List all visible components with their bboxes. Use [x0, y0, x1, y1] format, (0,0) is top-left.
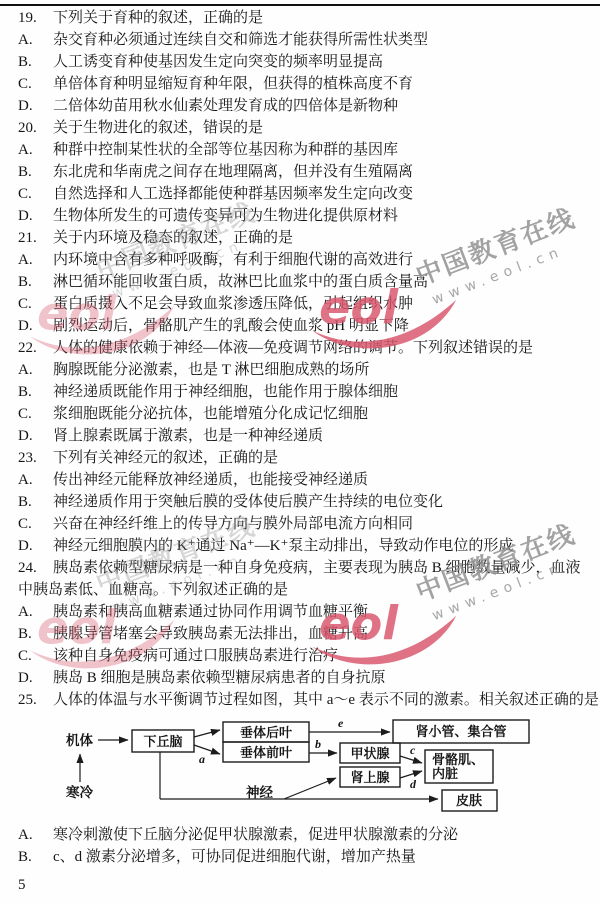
stem-text: 下列有关神经元的叙述，正确的是: [53, 450, 278, 466]
option-text: 种群中控制某性状的全部等位基因称为种群的基因库: [53, 142, 398, 158]
question-19-option-a: A.杂交育种必须通过连续自交和筛选才能获得所需性状类型: [18, 29, 582, 51]
option-text: 该种自身免疫病可通过口服胰岛素进行治疗: [53, 648, 338, 664]
arrow-to-posterior-pituitary: [194, 730, 220, 737]
option-text: 人工诱变育种使基因发生定向突变的频率明显提高: [53, 54, 383, 70]
question-23-option-c: C.兴奋在神经纤维上的传导方向与膜外局部电流方向相同: [18, 513, 582, 535]
option-text: 浆细胞既能分泌抗体，也能增殖分化成记忆细胞: [53, 406, 368, 422]
option-label: A.: [18, 249, 53, 271]
page-number: 5: [18, 874, 582, 896]
question-23-option-a: A.传出神经元能释放神经递质，也能接受神经递质: [18, 469, 582, 491]
question-number: 19.: [18, 7, 53, 29]
question-20-option-b: B.东北虎和华南虎之间存在地理隔离，但并没有生殖隔离: [18, 161, 582, 183]
question-24-option-c: C.该种自身免疫病可通过口服胰岛素进行治疗: [18, 645, 582, 667]
option-text: c、d 激素分泌增多，可协同促进细胞代谢，增加产热量: [53, 849, 416, 865]
question-22-stem: 22.人体的健康依赖于神经—体液—免疫调节网络的调节。下列叙述错误的是: [18, 337, 582, 359]
option-text: 剧烈运动后，骨骼肌产生的乳酸会使血浆 pH 明显下降: [53, 318, 409, 334]
question-number: 23.: [18, 447, 53, 469]
question-24-stem: 24.胰岛素依赖型糖尿病是一种自身免疫病，主要表现为胰岛 B 细胞数量减少，血液…: [18, 557, 582, 601]
question-19-option-b: B.人工诱变育种使基因发生定向突变的频率明显提高: [18, 51, 582, 73]
flow-node-renal-tubule: 肾小管、集合管: [415, 724, 506, 739]
question-23-option-d: D.神经元细胞膜内的 K⁺通过 Na⁺—K⁺泵主动排出，导致动作电位的形成: [18, 535, 582, 557]
question-20-option-a: A.种群中控制某性状的全部等位基因称为种群的基因库: [18, 139, 582, 161]
option-text: 胰腺导管堵塞会导致胰岛素无法排出，血糖升高: [53, 626, 368, 642]
option-label: B.: [18, 161, 53, 183]
flow-node-hypothalamus: 下丘脑: [143, 734, 182, 749]
option-label: C.: [18, 513, 53, 535]
question-22-option-b: B.神经递质既能作用于神经细胞，也能作用于腺体细胞: [18, 381, 582, 403]
stem-text: 胰岛素依赖型糖尿病是一种自身免疫病，主要表现为胰岛 B 细胞数量减少，血液中胰岛…: [18, 560, 581, 598]
option-label: D.: [18, 95, 53, 117]
option-text: 胰岛素和胰高血糖素通过协同作用调节血糖平衡: [53, 604, 368, 620]
flow-label-nerve: 神经: [246, 784, 273, 800]
stem-text: 关于生物进化的叙述，错误的是: [53, 120, 263, 136]
option-text: 兴奋在神经纤维上的传导方向与膜外局部电流方向相同: [53, 516, 413, 532]
option-text: 自然选择和人工选择都能使种群基因频率发生定向改变: [53, 186, 413, 202]
hormone-label-c: c: [410, 743, 416, 757]
question-21-option-b: B.淋巴循环能回收蛋白质，故淋巴比血浆中的蛋白质含量高: [18, 271, 582, 293]
option-label: B.: [18, 381, 53, 403]
option-label: A.: [18, 29, 53, 51]
hormone-label-d: d: [410, 777, 417, 791]
option-label: A.: [18, 824, 53, 846]
question-21-option-c: C.蛋白质摄入不足会导致血浆渗透压降低，引起组织水肿: [18, 293, 582, 315]
page-top-rule: [0, 4, 600, 6]
option-label: D.: [18, 425, 53, 447]
option-text: 神经递质既能作用于神经细胞，也能作用于腺体细胞: [53, 384, 398, 400]
question-number: 21.: [18, 227, 53, 249]
question-24-option-b: B.胰腺导管堵塞会导致胰岛素无法排出，血糖升高: [18, 623, 582, 645]
question-19-option-d: D.二倍体幼苗用秋水仙素处理发育成的四倍体是新物种: [18, 95, 582, 117]
arrow-to-anterior-pituitary: [194, 745, 220, 754]
question-20-stem: 20.关于生物进化的叙述，错误的是: [18, 117, 582, 139]
hormone-label-b: b: [315, 737, 321, 751]
option-text: 东北虎和华南虎之间存在地理隔离，但并没有生殖隔离: [53, 164, 413, 180]
question-number: 20.: [18, 117, 53, 139]
option-text: 二倍体幼苗用秋水仙素处理发育成的四倍体是新物种: [53, 98, 398, 114]
question-22-option-c: C.浆细胞既能分泌抗体，也能增殖分化成记忆细胞: [18, 403, 582, 425]
question-21-option-d: D.剧烈运动后，骨骼肌产生的乳酸会使血浆 pH 明显下降: [18, 315, 582, 337]
option-text: 蛋白质摄入不足会导致血浆渗透压降低，引起组织水肿: [53, 296, 413, 312]
option-label: D.: [18, 205, 53, 227]
question-number: 22.: [18, 337, 53, 359]
flow-node-muscle-line2: 内脏: [432, 766, 458, 781]
option-label: C.: [18, 645, 53, 667]
option-label: B.: [18, 271, 53, 293]
option-label: D.: [18, 667, 53, 689]
option-label: A.: [18, 601, 53, 623]
question-22-option-a: A.胸腺既能分泌激素，也是 T 淋巴细胞成熟的场所: [18, 359, 582, 381]
flow-node-anterior-pituitary: 垂体前叶: [240, 745, 293, 760]
question-number: 24.: [18, 557, 53, 579]
flow-node-thyroid: 甲状腺: [350, 746, 389, 761]
question-20-option-c: C.自然选择和人工选择都能使种群基因频率发生定向改变: [18, 183, 582, 205]
question-20-option-d: D.生物体所发生的可遗传变异可为生物进化提供原材料: [18, 205, 582, 227]
question-number: 25.: [18, 689, 53, 711]
arrow-c-to-muscle: [400, 756, 422, 763]
option-label: C.: [18, 293, 53, 315]
option-text: 寒冷刺激使下丘脑分泌促甲状腺激素，促进甲状腺激素的分泌: [53, 827, 458, 843]
flow-node-muscle-line1: 骨骼肌、: [432, 752, 484, 767]
option-text: 神经元细胞膜内的 K⁺通过 Na⁺—K⁺泵主动排出，导致动作电位的形成: [53, 538, 513, 554]
option-text: 生物体所发生的可遗传变异可为生物进化提供原材料: [53, 208, 398, 224]
option-label: A.: [18, 139, 53, 161]
question-19-stem: 19.下列关于育种的叙述，正确的是: [18, 7, 582, 29]
option-label: B.: [18, 846, 53, 868]
hormone-label-e: e: [338, 716, 344, 730]
nerve-line-to-adrenal: [284, 778, 336, 799]
question-23-stem: 23.下列有关神经元的叙述，正确的是: [18, 447, 582, 469]
option-label: B.: [18, 623, 53, 645]
flow-node-cold: 寒冷: [66, 784, 93, 800]
option-text: 内环境中含有多种呼吸酶，有利于细胞代谢的高效进行: [53, 252, 413, 268]
question-22-option-d: D.肾上腺素既属于激素，也是一种神经递质: [18, 425, 582, 447]
option-label: A.: [18, 469, 53, 491]
question-21-option-a: A.内环境中含有多种呼吸酶，有利于细胞代谢的高效进行: [18, 249, 582, 271]
question-23-option-b: B.神经递质作用于突触后膜的受体使后膜产生持续的电位变化: [18, 491, 582, 513]
option-label: D.: [18, 535, 53, 557]
question-19-option-c: C.单倍体育种明显缩短育种年限，但获得的植株高度不育: [18, 73, 582, 95]
option-label: C.: [18, 403, 53, 425]
stem-text: 人体的健康依赖于神经—体液—免疫调节网络的调节。下列叙述错误的是: [53, 340, 533, 356]
option-label: D.: [18, 315, 53, 337]
stem-text: 人体的体温与水平衡调节过程如图，其中 a～e 表示不同的激素。相关叙述正确的是: [53, 692, 599, 708]
question-21-stem: 21.关于内环境及稳态的叙述，正确的是: [18, 227, 582, 249]
option-text: 传出神经元能释放神经递质，也能接受神经递质: [53, 472, 368, 488]
option-text: 淋巴循环能回收蛋白质，故淋巴比血浆中的蛋白质含量高: [53, 274, 428, 290]
option-text: 神经递质作用于突触后膜的受体使后膜产生持续的电位变化: [53, 494, 443, 510]
option-label: B.: [18, 51, 53, 73]
exam-document-page: 19.下列关于育种的叙述，正确的是 A.杂交育种必须通过连续自交和筛选才能获得所…: [0, 0, 600, 903]
question-24-option-d: D.胰岛 B 细胞是胰岛素依赖型糖尿病患者的自身抗原: [18, 667, 582, 689]
stem-text: 关于内环境及稳态的叙述，正确的是: [53, 230, 293, 246]
option-label: C.: [18, 73, 53, 95]
option-text: 胸腺既能分泌激素，也是 T 淋巴细胞成熟的场所: [53, 362, 369, 378]
option-text: 胰岛 B 细胞是胰岛素依赖型糖尿病患者的自身抗原: [53, 670, 386, 686]
option-text: 肾上腺素既属于激素，也是一种神经递质: [53, 428, 323, 444]
question-25-option-b: B.c、d 激素分泌增多，可协同促进细胞代谢，增加产热量: [18, 846, 582, 868]
option-label: C.: [18, 183, 53, 205]
flow-node-skin: 皮肤: [456, 793, 482, 808]
hormone-label-a: a: [199, 752, 205, 766]
question-25-options: A.寒冷刺激使下丘脑分泌促甲状腺激素，促进甲状腺激素的分泌 B.c、d 激素分泌…: [18, 824, 582, 868]
flow-node-body: 机体: [66, 732, 93, 748]
exam-content: 19.下列关于育种的叙述，正确的是 A.杂交育种必须通过连续自交和筛选才能获得所…: [0, 7, 600, 896]
hormone-regulation-flow-diagram: 机体 寒冷 神经 下丘脑 a 垂体后叶 垂体前叶 e: [18, 714, 582, 818]
stem-text: 下列关于育种的叙述，正确的是: [53, 10, 263, 26]
question-25-stem: 25.人体的体温与水平衡调节过程如图，其中 a～e 表示不同的激素。相关叙述正确…: [18, 689, 582, 711]
flow-node-posterior-pituitary: 垂体后叶: [240, 725, 293, 740]
option-text: 杂交育种必须通过连续自交和筛选才能获得所需性状类型: [53, 32, 428, 48]
flow-node-adrenal: 肾上腺: [350, 770, 389, 785]
question-25-option-a: A.寒冷刺激使下丘脑分泌促甲状腺激素，促进甲状腺激素的分泌: [18, 824, 582, 846]
option-label: A.: [18, 359, 53, 381]
option-label: B.: [18, 491, 53, 513]
question-24-option-a: A.胰岛素和胰高血糖素通过协同作用调节血糖平衡: [18, 601, 582, 623]
option-text: 单倍体育种明显缩短育种年限，但获得的植株高度不育: [53, 76, 413, 92]
flow-diagram-svg: 机体 寒冷 神经 下丘脑 a 垂体后叶 垂体前叶 e: [18, 714, 582, 818]
